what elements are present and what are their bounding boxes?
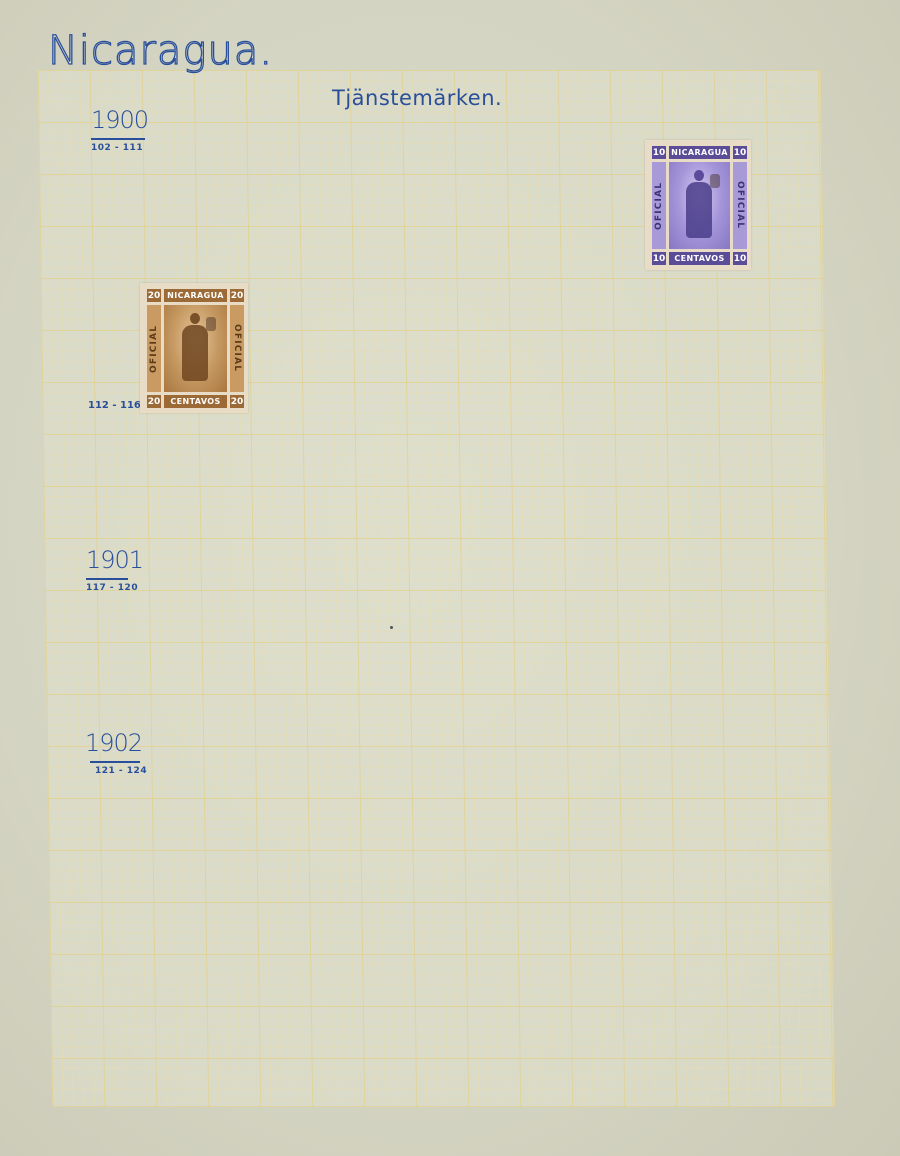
underline (90, 761, 140, 763)
stamp-vignette (669, 162, 730, 249)
catalogue-range: 102 - 111 (91, 143, 148, 153)
stamp-20-centavos-oficial[interactable]: 20 NICARAGUA 20 OFICIAL OFICIAL 20 CENTA… (140, 283, 248, 413)
year: 1901 (86, 548, 143, 572)
year-1901-label: 1901 117 - 120 (86, 548, 143, 593)
paper-speck (390, 626, 393, 629)
stamp-frame: 10 NICARAGUA 10 OFICIAL OFICIAL 10 CENTA… (652, 146, 747, 265)
album-page: Nicaragua. Tjänstemärken. 1900 102 - 111… (0, 0, 900, 1156)
year: 1900 (91, 108, 148, 132)
stamp-value: 10 (733, 252, 747, 265)
underline (86, 578, 128, 580)
year-1902-label: 1902 121 - 124 (85, 731, 147, 776)
stamp-frame: 20 NICARAGUA 20 OFICIAL OFICIAL 20 CENTA… (147, 289, 244, 408)
section-heading: Tjänstemärken. (332, 86, 502, 110)
stamp-value: 10 (652, 252, 666, 265)
stamp-country: NICARAGUA (669, 146, 730, 159)
stamp-value: 20 (230, 289, 244, 302)
stamp-overprint-left: OFICIAL (147, 305, 161, 392)
stamp-value: 10 (733, 146, 747, 159)
stamp-country: NICARAGUA (164, 289, 227, 302)
year-1900-label: 1900 102 - 111 (91, 108, 148, 153)
catalogue-range: 121 - 124 (95, 766, 147, 776)
side-catalogue-note: 112 - 116 (88, 400, 141, 411)
year: 1902 (85, 731, 147, 755)
stamp-value: 20 (147, 289, 161, 302)
stamp-value: 20 (147, 395, 161, 408)
stamp-denomination: CENTAVOS (164, 395, 227, 408)
catalogue-range: 117 - 120 (86, 583, 143, 593)
stamp-value: 10 (652, 146, 666, 159)
stamp-vignette (164, 305, 227, 392)
stamp-10-centavos-oficial[interactable]: 10 NICARAGUA 10 OFICIAL OFICIAL 10 CENTA… (645, 140, 751, 270)
seated-liberty-figure-icon (176, 313, 216, 383)
stamp-overprint-right: OFICIAL (230, 305, 244, 392)
stamp-value: 20 (230, 395, 244, 408)
seated-liberty-figure-icon (680, 170, 720, 240)
stamp-overprint-left: OFICIAL (652, 162, 666, 249)
country-heading: Nicaragua. (48, 28, 273, 74)
stamp-overprint-right: OFICIAL (733, 162, 747, 249)
underline (91, 138, 145, 140)
stamp-denomination: CENTAVOS (669, 252, 730, 265)
